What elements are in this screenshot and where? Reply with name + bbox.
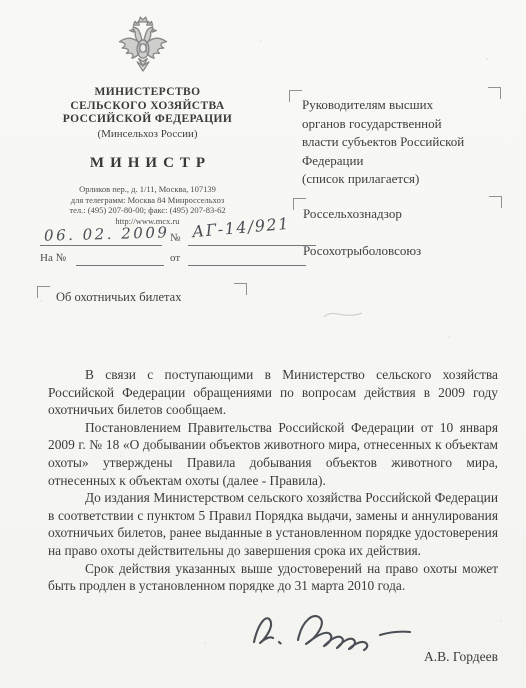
handwritten-date: 06. 02. 2009: [44, 223, 170, 244]
reply-from-label: от: [170, 252, 180, 264]
crop-mark-top-right: [234, 283, 247, 295]
ministry-name-line: МИНИСТЕРСТВО: [30, 86, 265, 100]
handwritten-signature: [238, 602, 453, 654]
incoming-reference-line: На № от: [40, 252, 320, 270]
number-blank-line: [188, 245, 316, 246]
scan-noise: [0, 0, 2, 2]
outgoing-reference-line: 06. 02. 2009 № АГ-14/921: [40, 224, 320, 250]
date-blank-line: [40, 245, 162, 246]
reply-number-blank-line: [76, 265, 164, 266]
scan-artifact: [322, 306, 366, 322]
signer-name: А.В. Гордеев: [424, 649, 498, 665]
crop-mark-top-left: [289, 90, 302, 102]
number-sign: №: [170, 232, 181, 244]
recipient-line: власти субъектов Российской: [302, 133, 507, 152]
crop-mark-top-right: [489, 196, 502, 208]
ministry-name-line: СЕЛЬСКОГО ХОЗЯЙСТВА: [30, 100, 265, 114]
recipient-attachment-note: (список прилагается): [302, 170, 507, 189]
reply-to-label: На №: [40, 252, 66, 264]
body-paragraph: Постановлением Правительства Российской …: [48, 419, 498, 489]
scanned-letter-page: МИНИСТЕРСТВО СЕЛЬСКОГО ХОЗЯЙСТВА РОССИЙС…: [0, 0, 526, 688]
recipient-line: Руководителям высших: [302, 96, 507, 115]
reply-date-blank-line: [188, 265, 306, 266]
recipient-rosselkhoznadzor: Россельхознадзор: [303, 206, 402, 222]
ministry-name-line: РОССИЙСКОЙ ФЕДЕРАЦИИ: [30, 113, 265, 127]
crop-mark-top-left: [37, 286, 50, 298]
subject-line: Об охотничьих билетах: [56, 290, 181, 305]
phone-fax: тел.: (495) 207-80-00; факс: (495) 207-8…: [30, 205, 265, 216]
letter-body: В связи с поступающими в Министерство се…: [48, 366, 498, 595]
postal-address: Орликов пер., д. 1/11, Москва, 107139: [30, 184, 265, 195]
post-title: МИНИСТР: [30, 155, 265, 172]
body-paragraph: Срок действия указанных выше удостоверен…: [48, 560, 498, 595]
recipient-line: органов государственной: [302, 115, 507, 134]
russia-coat-of-arms-icon: [111, 14, 175, 80]
ministry-name: МИНИСТЕРСТВО СЕЛЬСКОГО ХОЗЯЙСТВА РОССИЙС…: [30, 86, 265, 127]
recipient-block: Руководителям высших органов государстве…: [302, 96, 507, 189]
body-paragraph: В связи с поступающими в Министерство се…: [48, 366, 498, 419]
body-paragraph: До издания Министерством сельского хозяй…: [48, 489, 498, 559]
recipient-line: Федерации: [302, 152, 507, 171]
recipient-rosokhotrybolovsoyuz: Росохотрыболовсоюз: [303, 243, 421, 259]
telegram-address: для телеграмм: Москва 84 Минроссельхоз: [30, 195, 265, 206]
ministry-short-name: (Минсельхоз России): [30, 128, 265, 140]
